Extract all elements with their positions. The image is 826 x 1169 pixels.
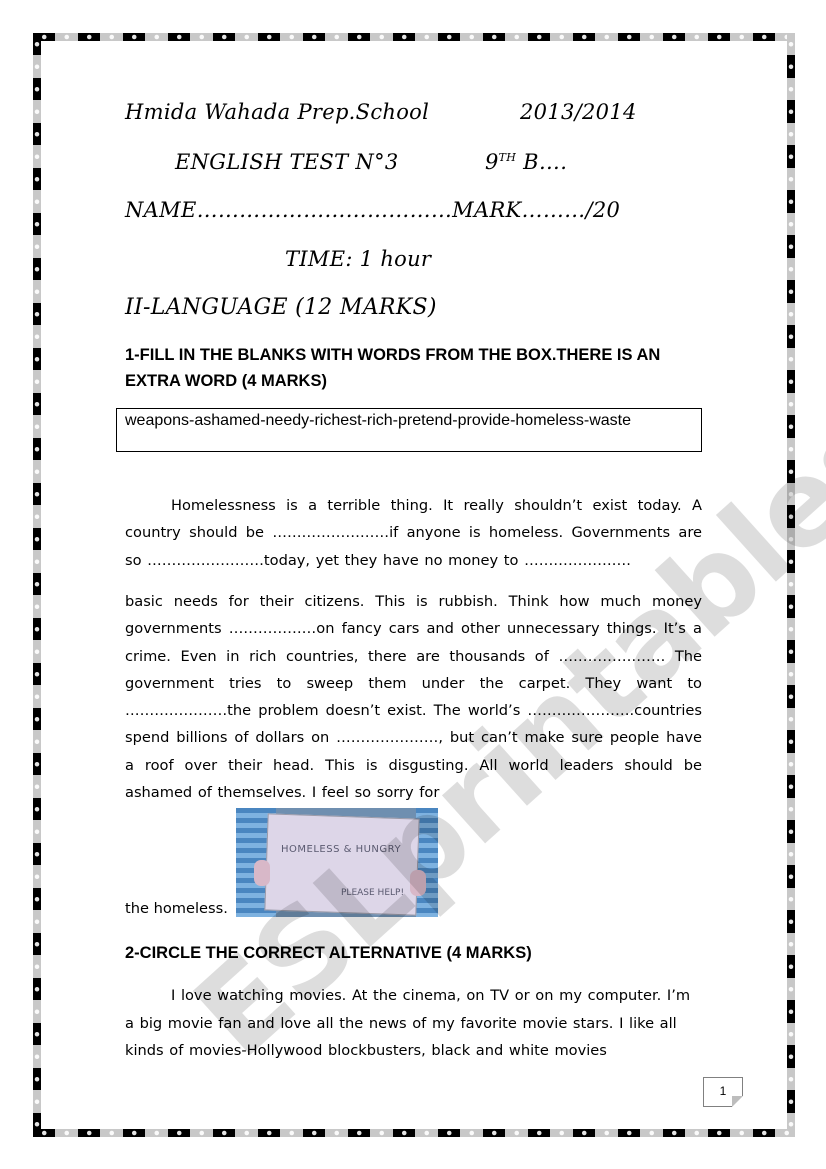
task1-instruction: 1-FILL IN THE BLANKS WITH WORDS FROM THE… [125,342,715,394]
page-border-top [33,33,795,41]
photo-sign-text: PLEASE HELP! [341,888,404,898]
task2-paragraph: I love watching movies. At the cinema, o… [125,982,702,1065]
word-box: weapons-ashamed-needy-richest-rich-prete… [116,408,702,452]
paragraph-text: I love watching movies. At the cinema, o… [125,987,690,1059]
page-border-right [787,33,795,1137]
photo-hand [254,860,270,886]
task2-instruction: 2-CIRCLE THE CORRECT ALTERNATIVE (4 MARK… [125,940,715,966]
class-grade-suffix: TH [499,151,517,164]
class-label: 9TH B…. [485,150,567,174]
paragraph-ending: the homeless. [125,900,228,917]
school-year: 2013/2014 [520,100,637,124]
homeless-sign-photo: HOMELESS & HUNGRY PLEASE HELP! [236,808,438,917]
task1-paragraph-1: Homelessness is a terrible thing. It rea… [125,492,702,574]
photo-cardboard-sign [264,813,419,915]
test-title: ENGLISH TEST N°3 [175,150,399,174]
class-grade: 9 [485,150,499,174]
page-border-bottom [33,1129,795,1137]
section-title: II-LANGUAGE (12 MARKS) [125,295,437,320]
time-allowed: TIME: 1 hour [285,247,431,271]
page-border-left [33,33,41,1137]
paragraph-text: basic needs for their citizens. This is … [125,588,702,806]
photo-hand [410,870,426,896]
name-mark-line: NAME………………………………MARK………/20 [125,198,620,222]
class-section: B…. [516,150,567,174]
page-number: 1 [703,1077,743,1107]
task1-paragraph-2: basic needs for their citizens. This is … [125,588,702,806]
paragraph-text: Homelessness is a terrible thing. It rea… [125,497,702,569]
photo-sign-text: HOMELESS & HUNGRY [281,844,401,855]
school-name: Hmida Wahada Prep.School [125,100,429,124]
